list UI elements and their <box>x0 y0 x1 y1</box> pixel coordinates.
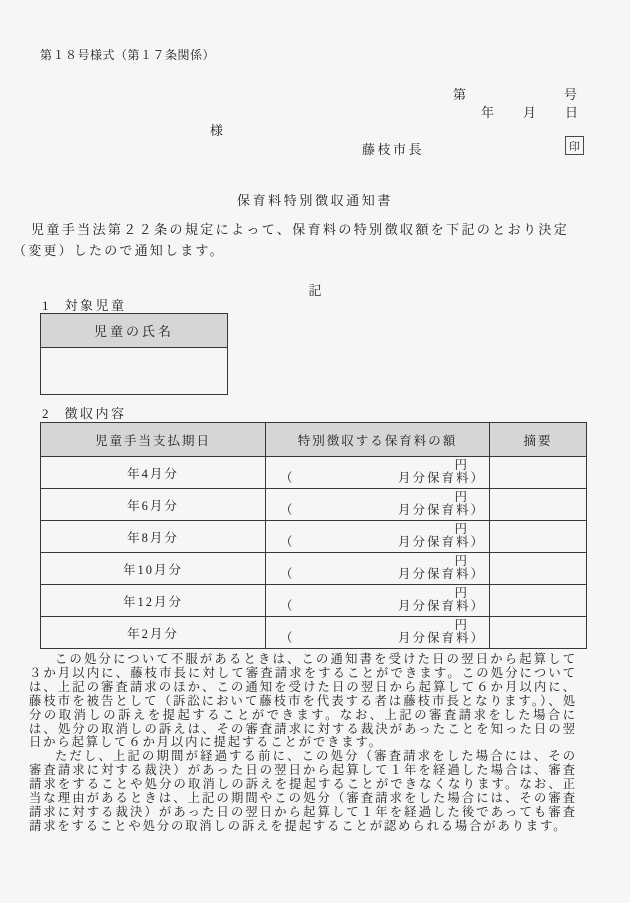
paren-open: （ <box>280 536 295 550</box>
doc-number-prefix: 第 <box>453 84 466 103</box>
child-name-header: 児童の氏名 <box>41 314 228 348</box>
form-number-label: 第１８号様式（第１７条関係） <box>40 46 215 63</box>
table-row: 年4月分 円 （ 月分保育料） <box>41 457 587 489</box>
amount-cell: 円 （ 月分保育料） <box>266 489 490 521</box>
sender-name: 藤枝市長 <box>362 139 424 158</box>
doc-number-line: 第 号 <box>453 84 577 103</box>
body-paragraph: 児童手当法第２２条の規定によって、保育料の特別徴収額を下記のとおり決定（変更）し… <box>13 220 569 261</box>
seal-box: 印 <box>565 136 584 155</box>
yen-unit-label: 円 <box>266 491 489 505</box>
paren-label: 月分保育料） <box>398 536 485 550</box>
period-cell: 年6月分 <box>41 489 266 521</box>
remarks-cell <box>490 585 587 617</box>
paren-open: （ <box>280 600 295 614</box>
yen-unit-label: 円 <box>266 523 489 537</box>
addressee-honorific: 様 <box>210 120 223 139</box>
target-children-table: 児童の氏名 <box>40 313 228 395</box>
table-row: 年8月分 円 （ 月分保育料） <box>41 521 587 553</box>
paren-open: （ <box>280 504 295 518</box>
column-header-remarks: 摘要 <box>490 423 587 457</box>
paren-label: 月分保育料） <box>398 472 485 486</box>
amount-cell: 円 （ 月分保育料） <box>266 585 490 617</box>
child-name-value-cell <box>41 348 228 395</box>
document-page: 第１８号様式（第１７条関係） 第 号 年 月 日 様 藤枝市長 印 保育料特別徴… <box>0 0 630 903</box>
remarks-cell <box>490 457 587 489</box>
date-day-label: 日 <box>565 102 578 121</box>
period-cell: 年2月分 <box>41 617 266 649</box>
section2-number: 2 <box>42 406 49 422</box>
paren-label: 月分保育料） <box>398 504 485 518</box>
amount-cell: 円 （ 月分保育料） <box>266 521 490 553</box>
date-year-label: 年 <box>481 102 494 121</box>
remarks-cell <box>490 553 587 585</box>
document-title: 保育料特別徴収通知書 <box>0 190 630 209</box>
appeal-notice-paragraph-1: この処分について不服があるときは、この通知書を受けた日の翌日から起算して３か月以… <box>29 653 577 750</box>
section1-heading: 1対象児童 <box>42 295 127 314</box>
period-cell: 年12月分 <box>41 585 266 617</box>
yen-unit-label: 円 <box>266 587 489 601</box>
remarks-cell <box>490 521 587 553</box>
paren-open: （ <box>280 472 295 486</box>
yen-unit-label: 円 <box>266 619 489 633</box>
doc-number-suffix: 号 <box>564 84 577 103</box>
section2-label: 徴収内容 <box>65 406 127 421</box>
date-month-label: 月 <box>523 102 536 121</box>
yen-unit-label: 円 <box>266 459 489 473</box>
table-row: 年2月分 円 （ 月分保育料） <box>41 617 587 649</box>
paren-open: （ <box>280 568 295 582</box>
amount-cell: 円 （ 月分保育料） <box>266 617 490 649</box>
date-line: 年 月 日 <box>481 102 578 121</box>
section1-label: 対象児童 <box>65 298 127 313</box>
appeal-notice: この処分について不服があるときは、この通知書を受けた日の翌日から起算して３か月以… <box>29 653 577 834</box>
seal-mark: 印 <box>569 138 580 154</box>
table-row: 年12月分 円 （ 月分保育料） <box>41 585 587 617</box>
paren-label: 月分保育料） <box>398 568 485 582</box>
remarks-cell <box>490 489 587 521</box>
column-header-payment-period: 児童手当支払期日 <box>41 423 266 457</box>
amount-cell: 円 （ 月分保育料） <box>266 457 490 489</box>
period-cell: 年10月分 <box>41 553 266 585</box>
table-row: 年6月分 円 （ 月分保育料） <box>41 489 587 521</box>
collection-details-table: 児童手当支払期日 特別徴収する保育料の額 摘要 年4月分 円 （ 月分保育料） … <box>40 422 587 649</box>
amount-cell: 円 （ 月分保育料） <box>266 553 490 585</box>
paren-label: 月分保育料） <box>398 600 485 614</box>
remarks-cell <box>490 617 587 649</box>
period-cell: 年4月分 <box>41 457 266 489</box>
column-header-collected-amount: 特別徴収する保育料の額 <box>266 423 490 457</box>
section2-heading: 2徴収内容 <box>42 403 127 422</box>
yen-unit-label: 円 <box>266 555 489 569</box>
table-row: 年10月分 円 （ 月分保育料） <box>41 553 587 585</box>
section1-number: 1 <box>42 298 49 314</box>
paren-open: （ <box>280 632 295 646</box>
appeal-notice-paragraph-2: ただし、上記の期間が経過する前に、この処分（審査請求をした場合には、その審査請求… <box>29 750 577 833</box>
paren-label: 月分保育料） <box>398 632 485 646</box>
period-cell: 年8月分 <box>41 521 266 553</box>
